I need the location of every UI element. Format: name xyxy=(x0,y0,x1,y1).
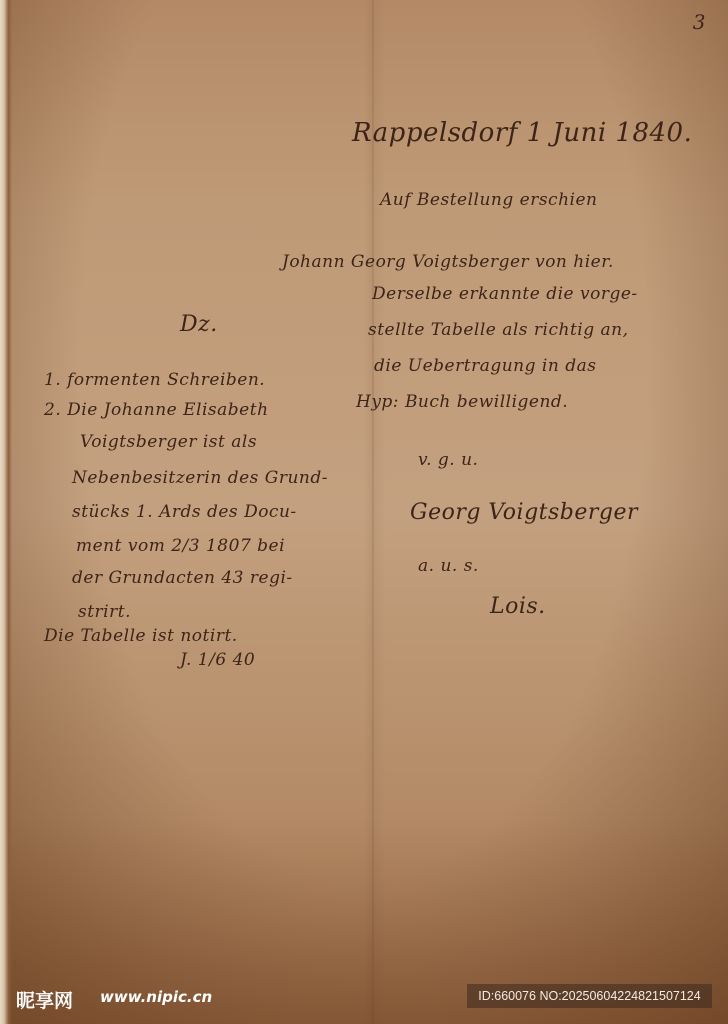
signature-closing: Lois. xyxy=(490,594,546,619)
text-line: Johann Georg Voigtsberger von hier. xyxy=(282,252,614,272)
page-number: 3 xyxy=(693,10,706,34)
list-item: Voigtsberger ist als xyxy=(80,432,257,452)
left-column-header: Dz. xyxy=(180,312,218,337)
watermark-url: www.nipic.cn xyxy=(100,988,212,1006)
text-line: Derselbe erkannte die vorge- xyxy=(372,284,638,304)
list-item: stücks 1. Ards des Docu- xyxy=(72,502,297,522)
list-item: 1. formenten Schreiben. xyxy=(44,370,265,390)
list-item: Die Tabelle ist notirt. xyxy=(44,626,238,646)
text-line: v. g. u. xyxy=(418,450,478,470)
list-item: J. 1/6 40 xyxy=(180,650,255,670)
text-line: Hyp: Buch bewilligend. xyxy=(356,392,568,412)
list-item: der Grundacten 43 regi- xyxy=(72,568,293,588)
signature-name: Georg Voigtsberger xyxy=(410,500,638,525)
watermark-logo: 昵享网 xyxy=(16,986,73,1013)
watermark-id-badge: ID:660076 NO:20250604224821507124 xyxy=(467,984,712,1008)
binding-edge xyxy=(0,0,12,1024)
list-item: ment vom 2/3 1807 bei xyxy=(76,536,285,556)
place-date-heading: Rappelsdorf 1 Juni 1840. xyxy=(352,118,692,148)
text-line: die Uebertragung in das xyxy=(374,356,596,376)
list-item: Nebenbesitzerin des Grund- xyxy=(72,468,328,488)
signature-aus: a. u. s. xyxy=(418,556,479,576)
list-item: 2. Die Johanne Elisabeth xyxy=(44,400,269,420)
text-line: stellte Tabelle als richtig an, xyxy=(368,320,629,340)
text-line: Auf Bestellung erschien xyxy=(380,190,597,210)
list-item: strirt. xyxy=(78,602,131,622)
center-fold xyxy=(372,0,374,1024)
scanned-document-page: 3 Rappelsdorf 1 Juni 1840. Auf Bestellun… xyxy=(0,0,728,1024)
